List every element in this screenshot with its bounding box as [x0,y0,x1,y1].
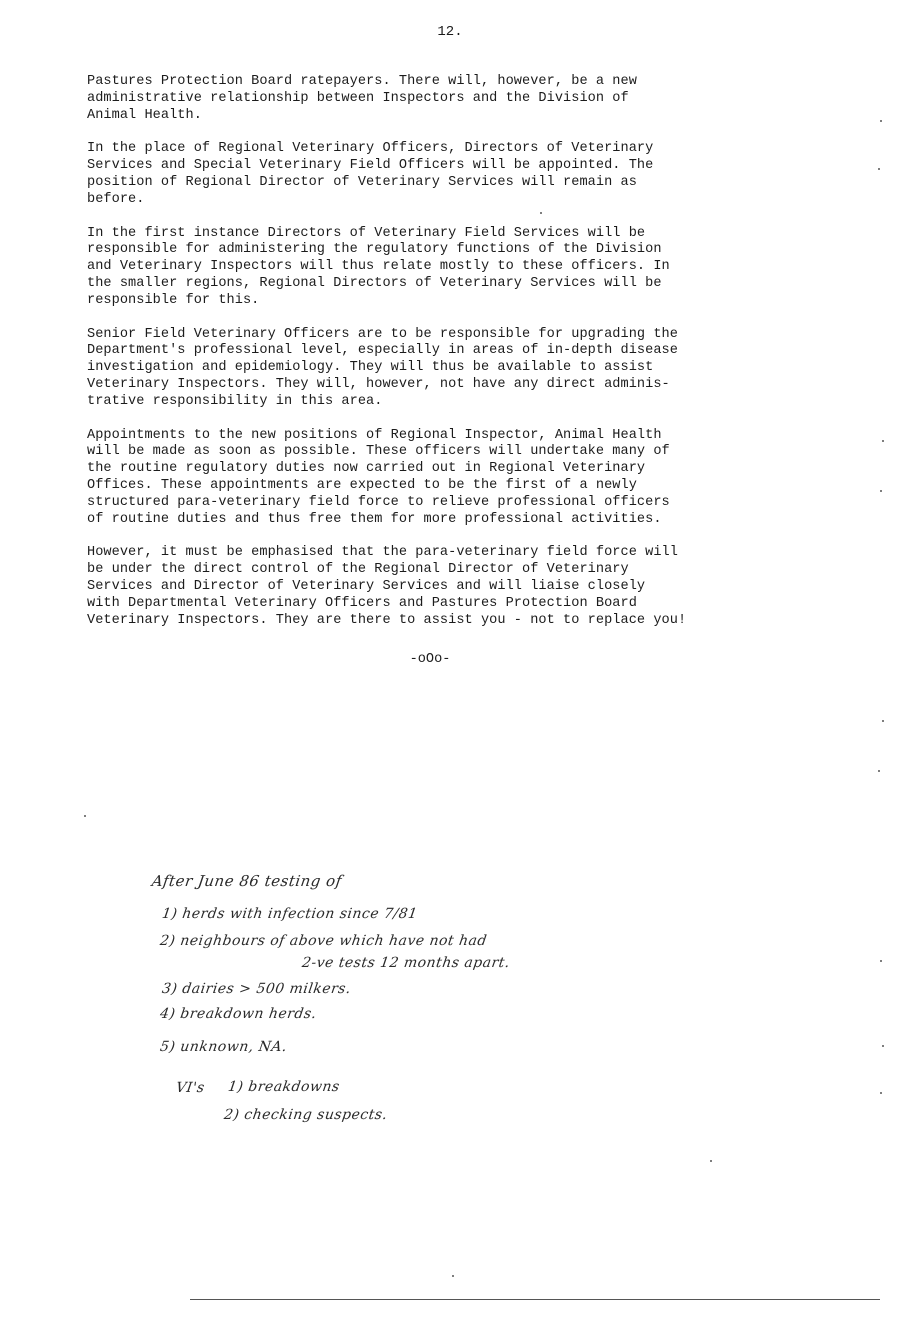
paragraph: Senior Field Veterinary Officers are to … [87,327,807,411]
scan-speck [452,1275,454,1277]
handwritten-item: 4) breakdown herds. [159,1006,318,1022]
scan-speck [880,1092,882,1094]
section-separator: -oOo- [0,652,860,667]
typed-body: Pastures Protection Board ratepayers. Th… [87,74,807,646]
handwritten-item: 5) unknown, NA. [159,1039,288,1055]
scan-speck [880,120,882,122]
document-page: 12. Pastures Protection Board ratepayers… [0,0,900,1319]
scan-speck [880,490,882,492]
scan-speck [710,1160,712,1162]
scan-speck [882,440,884,442]
scan-speck [878,770,880,772]
handwritten-vi-label: VI's [175,1080,206,1096]
handwritten-item: 2-ve tests 12 months apart. [301,955,511,971]
paragraph: Appointments to the new positions of Reg… [87,428,807,529]
paragraph: However, it must be emphasised that the … [87,545,807,629]
page-bottom-edge [190,1299,880,1300]
scan-speck [84,815,86,817]
page-number: 12. [0,24,900,40]
scan-speck [880,960,882,962]
paragraph: In the place of Regional Veterinary Offi… [87,141,807,208]
handwritten-item: 2) neighbours of above which have not ha… [159,933,488,949]
handwritten-vi-item: 1) breakdowns [227,1079,341,1095]
handwritten-item: 1) herds with infection since 7/81 [161,906,419,922]
scan-speck [882,1045,884,1047]
paragraph: In the first instance Directors of Veter… [87,226,807,310]
handwritten-heading: After June 86 testing of [151,872,343,890]
scan-speck [878,168,880,170]
scan-speck [882,720,884,722]
handwritten-item: 3) dairies > 500 milkers. [161,981,352,997]
paragraph: Pastures Protection Board ratepayers. Th… [87,74,807,124]
scan-speck [540,212,542,214]
handwritten-vi-item: 2) checking suspects. [223,1107,389,1123]
